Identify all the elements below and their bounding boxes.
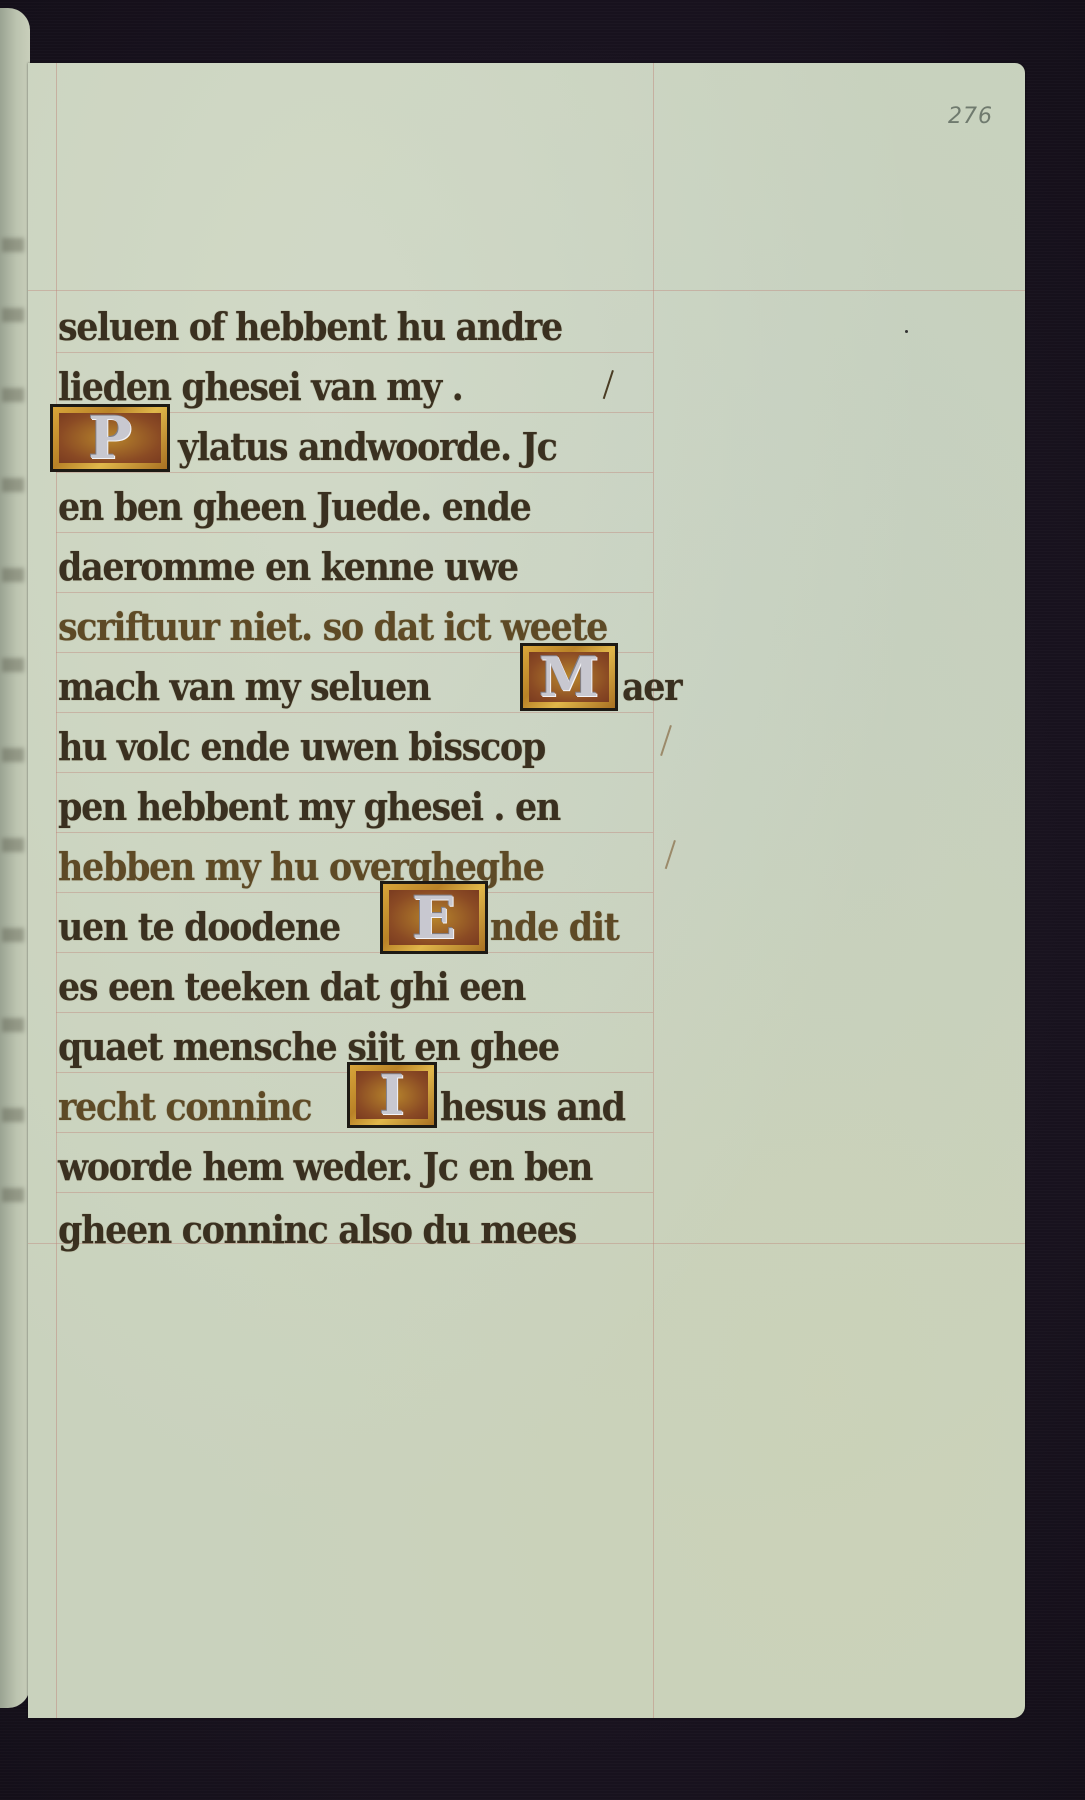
- line-text: daeromme en kenne uwe: [58, 542, 518, 592]
- line-text: woorde hem weder. Jc en ben: [58, 1142, 592, 1192]
- line-text: hesus and: [440, 1082, 625, 1132]
- folio-number: 276: [948, 104, 993, 129]
- line-ruling: [56, 832, 653, 833]
- ruling-right: [653, 63, 654, 1718]
- line-ruling: [56, 532, 653, 533]
- text-line-5: daeromme en kenne uwe: [58, 538, 518, 588]
- line-text: seluen of hebbent hu andre: [58, 302, 562, 352]
- line-text: gheen conninc also du mees: [58, 1205, 576, 1255]
- ruling-left: [56, 63, 57, 1718]
- text-line-1: seluen of hebbent hu andre: [58, 298, 562, 348]
- text-line-3: ylatus andwoorde. Jc: [178, 418, 557, 468]
- decorated-initial-p: P: [50, 404, 170, 472]
- line-ruling: [56, 1192, 653, 1193]
- speck: [905, 330, 908, 333]
- line-text: uen te doodene: [58, 902, 340, 952]
- line-text: aer: [622, 662, 681, 712]
- text-line-9: pen hebbent my ghesei . en: [58, 778, 560, 828]
- line-ruling: [56, 1132, 653, 1133]
- text-line-7: mach van my seluen: [58, 658, 430, 708]
- initial-letter: P: [53, 407, 167, 469]
- line-text: recht conninc: [58, 1082, 311, 1132]
- line-ruling: [56, 592, 653, 593]
- decorated-initial-m: M: [520, 643, 618, 711]
- line-ruling: [56, 352, 653, 353]
- text-line-6: scriftuur niet. so dat ict weete: [58, 598, 607, 648]
- line-text: pen hebbent my ghesei . en: [58, 782, 560, 832]
- initial-letter: I: [350, 1065, 434, 1125]
- text-line-11-after: nde dit: [490, 898, 618, 948]
- text-line-2: lieden ghesei van my .: [58, 358, 462, 408]
- text-line-15: woorde hem weder. Jc en ben: [58, 1138, 592, 1188]
- ruling-top: [28, 290, 1025, 291]
- line-text: nde dit: [490, 902, 618, 952]
- initial-letter: M: [523, 646, 615, 708]
- line-text: quaet mensche sijt en ghee: [58, 1022, 559, 1072]
- line-text: en ben gheen Juede. ende: [58, 482, 531, 532]
- text-line-8: hu volc ende uwen bisscop: [58, 718, 545, 768]
- initial-letter: E: [383, 884, 485, 951]
- line-text: mach van my seluen: [58, 662, 430, 712]
- text-line-12: es een teeken dat ghi een: [58, 958, 525, 1008]
- line-ruling: [56, 892, 653, 893]
- line-ruling: [56, 952, 653, 953]
- line-text: es een teeken dat ghi een: [58, 962, 525, 1012]
- line-ruling: [56, 772, 653, 773]
- line-text: ylatus andwoorde. Jc: [178, 422, 557, 472]
- text-line-16: gheen conninc also du mees: [58, 1201, 576, 1251]
- text-line-4: en ben gheen Juede. ende: [58, 478, 531, 528]
- decorated-initial-i: I: [347, 1062, 437, 1128]
- text-line-14: recht conninc: [58, 1078, 311, 1128]
- line-text: hu volc ende uwen bisscop: [58, 722, 545, 772]
- line-ruling: [56, 712, 653, 713]
- text-line-11: uen te doodene: [58, 898, 340, 948]
- line-ruling: [56, 472, 653, 473]
- text-line-7-after: aer: [622, 658, 681, 708]
- line-ruling: [56, 1012, 653, 1013]
- text-line-14-after: hesus and: [440, 1078, 625, 1128]
- decorated-initial-e: E: [380, 881, 488, 954]
- facing-page-edge: [0, 8, 30, 1708]
- text-line-13: quaet mensche sijt en ghee: [58, 1018, 559, 1068]
